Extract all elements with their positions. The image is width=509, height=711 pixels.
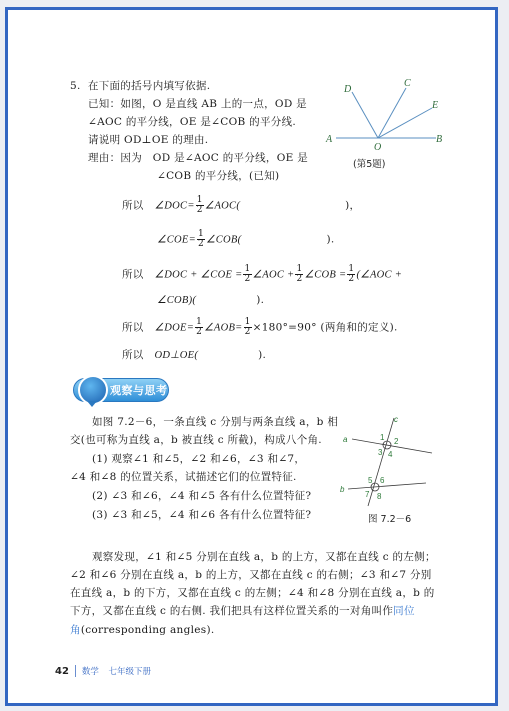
line-label-a: a: [343, 435, 348, 444]
angle-label-3: 3: [378, 448, 383, 457]
fraction-half: 12: [347, 265, 355, 284]
step-2-lhs: ∠COE=: [157, 235, 196, 246]
so-label: 所以: [122, 322, 144, 334]
angle-label-5: 5: [368, 476, 373, 485]
step-3-part-a: ∠DOC + ∠COE =: [155, 270, 243, 281]
badge-pointer: [87, 401, 97, 407]
fraction-half: 12: [197, 230, 205, 249]
question-1-line-1: (1) 观察∠1 和∠5，∠2 和∠6，∠3 和∠7，: [92, 450, 305, 468]
line-label-c: c: [394, 415, 398, 424]
fraction-half: 12: [243, 265, 251, 284]
figure-1-caption: (第5题): [353, 156, 385, 170]
conclusion-line-1: 观察发现，∠1 和∠5 分别在直线 a，b 的上方，又都在直线 c 的左侧；: [92, 548, 436, 566]
step-1-end: )，: [345, 200, 360, 212]
footer-divider: [75, 665, 76, 677]
so-label: 所以: [122, 349, 144, 361]
section-para-2: 交(也可称为直线 a，b 被直线 c 所截)，构成八个角.: [70, 431, 322, 449]
observe-think-badge: 观察与思考: [73, 378, 169, 402]
given-line-2: ∠AOC 的平分线，OE 是∠COB 的平分线.: [88, 113, 296, 131]
problem-intro: 在下面的括号内填写依据.: [88, 80, 210, 92]
fraction-denominator: 2: [244, 275, 250, 284]
fraction-denominator: 2: [197, 206, 203, 215]
fraction-half: 12: [244, 318, 252, 337]
fraction-denominator: 2: [198, 240, 204, 249]
step-4: 所以 ∠DOE=12∠AOB=12×180°=90° (两角和的定义).: [122, 318, 398, 338]
angle-label-6: 6: [380, 476, 385, 485]
fraction-half: 12: [295, 265, 303, 284]
angle-label-2: 2: [394, 437, 399, 446]
angle-label-1: 1: [380, 433, 385, 442]
figure-2-caption: 图 7.2－6: [368, 511, 411, 525]
fraction-half: 12: [195, 318, 203, 337]
fraction-denominator: 2: [196, 328, 202, 337]
fraction-half: 12: [196, 196, 204, 215]
point-label-b: B: [436, 134, 442, 145]
step-1: 所以 ∠DOC=12∠AOC()，: [122, 196, 360, 216]
question-2: (2) ∠3 和∠6，∠4 和∠5 各有什么位置特征?: [92, 487, 311, 505]
question-1-line-2: ∠4 和∠8 的位置关系，试描述它们的位置特征.: [70, 468, 297, 486]
point-label-e: E: [431, 100, 438, 111]
step-5-statement: OD⊥OE(: [155, 350, 199, 361]
conclusion-line-5: 角(corresponding angles).: [70, 621, 215, 639]
step-2-rhs: ∠COB(: [206, 235, 241, 246]
point-label-d: D: [343, 84, 352, 95]
step-5-end: ).: [258, 349, 266, 361]
english-term: (corresponding angles).: [81, 624, 215, 636]
angle-label-7: 7: [365, 490, 370, 499]
problem-number-label: 5.: [70, 80, 81, 92]
conclusion-line-4-text: 下方，又都在直线 c 的右侧. 我们把具有这样位置关系的一对角叫作: [70, 605, 393, 617]
step-3-cont: ∠COB)(: [157, 295, 196, 306]
step-3-end: ).: [256, 294, 264, 306]
page-number: 42: [55, 666, 69, 677]
question-3: (3) ∠3 和∠5，∠4 和∠6 各有什么位置特征?: [92, 506, 311, 524]
angle-bisector-figure: A O B C D E: [320, 70, 460, 180]
conclusion-line-3: 在直线 a，b 的下方，又都在直线 c 的左侧；∠4 和∠8 分别在直线 a，b…: [70, 584, 435, 602]
term-highlight: 角: [70, 624, 81, 636]
point-label-o: O: [374, 142, 381, 153]
conclusion-line-4: 下方，又都在直线 c 的右侧. 我们把具有这样位置关系的一对角叫作同位: [70, 602, 415, 620]
book-subject: 数学: [82, 667, 99, 677]
step-2-end: ).: [326, 234, 334, 246]
so-label: 所以: [122, 269, 144, 281]
step-1-lhs: ∠DOC=: [155, 201, 195, 212]
step-5: 所以 OD⊥OE().: [122, 346, 266, 365]
step-4-part-b: ∠AOB=: [204, 323, 242, 334]
reason-line-1: 理由：因为 OD 是∠AOC 的平分线，OE 是: [88, 149, 308, 167]
angle-label-8: 8: [377, 492, 382, 501]
point-label-a: A: [325, 134, 333, 145]
conclusion-line-2: ∠2 和∠6 分别在直线 a，b 的上方，又都在直线 c 的右侧；∠3 和∠7 …: [70, 566, 432, 584]
given-line-1: 已知：如图，O 是直线 AB 上的一点，OD 是: [88, 95, 307, 113]
step-3-part-c: ∠COB =: [304, 270, 346, 281]
step-1-rhs: ∠AOC(: [205, 201, 240, 212]
ask-line: 请说明 OD⊥OE 的理由.: [88, 131, 208, 149]
point-label-c: C: [404, 78, 411, 89]
step-3-part-b: ∠AOC +: [253, 270, 295, 281]
step-4-part-c: ×180°=90° (两角和的定义).: [253, 322, 398, 334]
angle-label-4: 4: [388, 450, 393, 459]
problem-number: 5. 在下面的括号内填写依据.: [70, 77, 210, 95]
step-4-part-a: ∠DOE=: [155, 323, 195, 334]
page-footer: 42数学 七年级下册: [55, 665, 151, 677]
step-3: 所以 ∠DOC + ∠COE =12∠AOC +12∠COB =12(∠AOC …: [122, 265, 402, 285]
line-label-b: b: [340, 485, 345, 494]
step-3-continued: ∠COB)().: [157, 291, 264, 310]
step-3-part-d: (∠AOC +: [356, 270, 402, 281]
book-title: 七年级下册: [108, 667, 151, 677]
so-label: 所以: [122, 200, 144, 212]
fraction-denominator: 2: [245, 328, 251, 337]
term-highlight: 同位: [393, 605, 415, 617]
fraction-denominator: 2: [348, 275, 354, 284]
section-para-1: 如图 7.2－6，一条直线 c 分别与两条直线 a，b 相: [92, 413, 338, 431]
fraction-denominator: 2: [296, 275, 302, 284]
badge-label: 观察与思考: [110, 382, 168, 398]
step-2: ∠COE=12∠COB().: [157, 230, 335, 250]
reason-line-2: ∠COB 的平分线，(已知): [157, 167, 279, 185]
